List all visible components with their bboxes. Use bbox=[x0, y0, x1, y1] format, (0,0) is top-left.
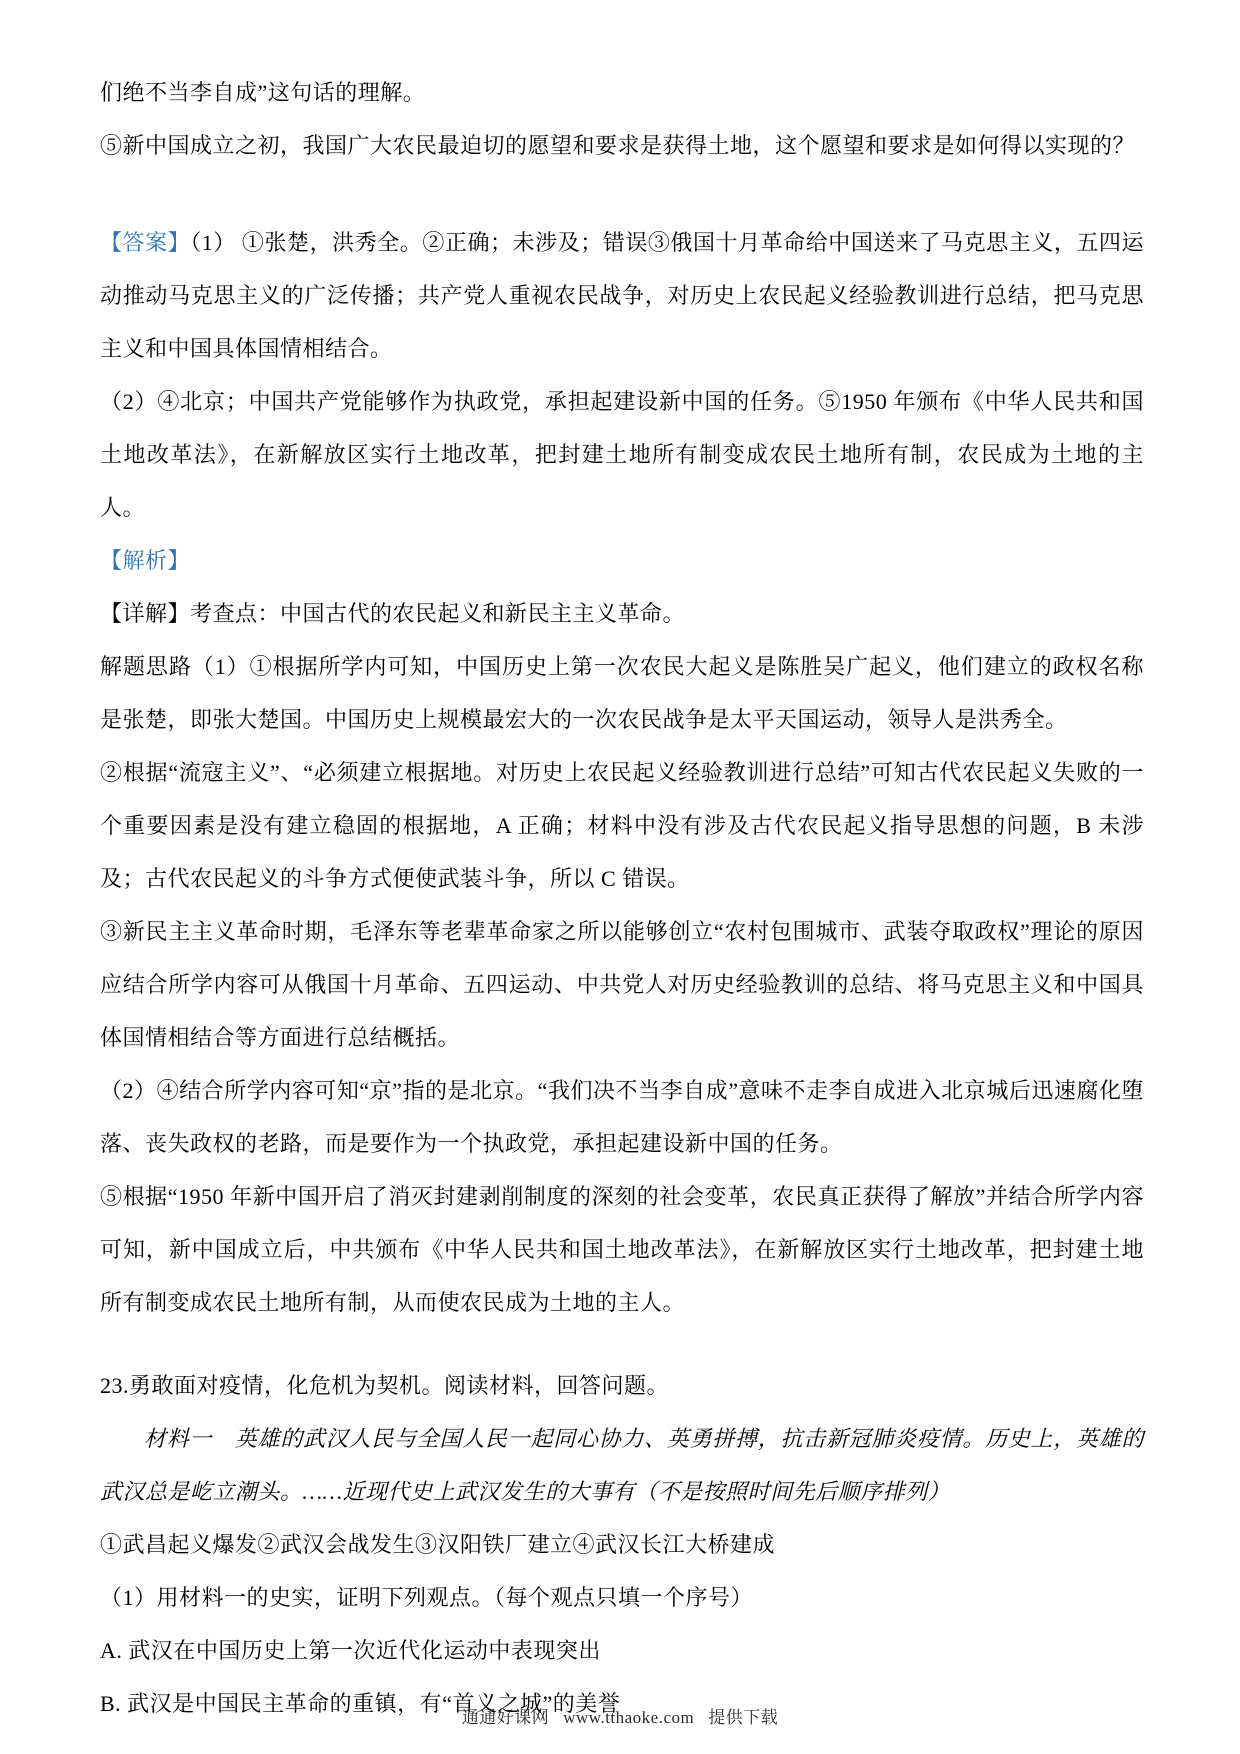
solution-step-2: ②根据“流寇主义”、“必须建立根据地。对历史上农民起义经验教训进行总结”可知古代… bbox=[100, 746, 1144, 905]
answer-label: 【答案】 bbox=[100, 230, 190, 255]
question5-line: ⑤新中国成立之初，我国广大农民最迫切的愿望和要求是获得土地，这个愿望和要求是如何… bbox=[100, 119, 1144, 172]
intro-tail-line: 们绝不当李自成”这句话的理解。 bbox=[100, 66, 1144, 119]
answer-part2: （2）④北京；中国共产党能够作为执政党，承担起建设新中国的任务。⑤1950 年颁… bbox=[100, 375, 1144, 534]
detail-paragraph: 【详解】考查点：中国古代的农民起义和新民主主义革命。 bbox=[100, 587, 1144, 640]
answer-part1: （1） ①张楚，洪秀全。②正确；未涉及；错误③俄国十月革命给中国送来了马克思主义… bbox=[100, 230, 1144, 361]
material1-paragraph: 材料一 英雄的武汉人民与全国人民一起同心协力、英勇拼搏，抗击新冠肺炎疫情。历史上… bbox=[100, 1412, 1144, 1518]
footer-url: www.tthaoke.com bbox=[563, 1708, 694, 1727]
footer-suffix: 提供下载 bbox=[708, 1708, 778, 1727]
detail-text: 考查点：中国古代的农民起义和新民主主义革命。 bbox=[190, 601, 685, 626]
solution-step-3: ③新民主主义革命时期，毛泽东等老辈革命家之所以能够创立“农村包围城市、武装夺取政… bbox=[100, 905, 1144, 1064]
footer-site-name: 通通好课网 bbox=[462, 1708, 550, 1727]
question23-line: 23.勇敢面对疫情，化危机为契机。阅读材料，回答问题。 bbox=[100, 1359, 1144, 1412]
detail-label: 【详解】 bbox=[100, 601, 190, 626]
page-footer: 通通好课网www.tthaoke.com提供下载 bbox=[0, 1703, 1240, 1728]
option-a-line: A. 武汉在中国历史上第一次近代化运动中表现突出 bbox=[100, 1624, 1144, 1677]
solution-step-1: 解题思路（1）①根据所学内可知，中国历史上第一次农民大起义是陈胜吴广起义，他们建… bbox=[100, 640, 1144, 746]
document-page: 们绝不当李自成”这句话的理解。 ⑤新中国成立之初，我国广大农民最迫切的愿望和要求… bbox=[0, 0, 1240, 1754]
answer-paragraph: 【答案】（1） ①张楚，洪秀全。②正确；未涉及；错误③俄国十月革命给中国送来了马… bbox=[100, 216, 1144, 375]
events-line: ①武昌起义爆发②武汉会战发生③汉阳铁厂建立④武汉长江大桥建成 bbox=[100, 1518, 1144, 1571]
solution-step-4: （2）④结合所学内容可知“京”指的是北京。“我们决不当李自成”意味不走李自成进入… bbox=[100, 1064, 1144, 1170]
sub-question1-line: （1）用材料一的史实，证明下列观点。（每个观点只填一个序号） bbox=[100, 1571, 1144, 1624]
solution-step-5: ⑤根据“1950 年新中国开启了消灭封建剥削制度的深刻的社会变革，农民真正获得了… bbox=[100, 1170, 1144, 1329]
analysis-label: 【解析】 bbox=[100, 534, 1144, 587]
